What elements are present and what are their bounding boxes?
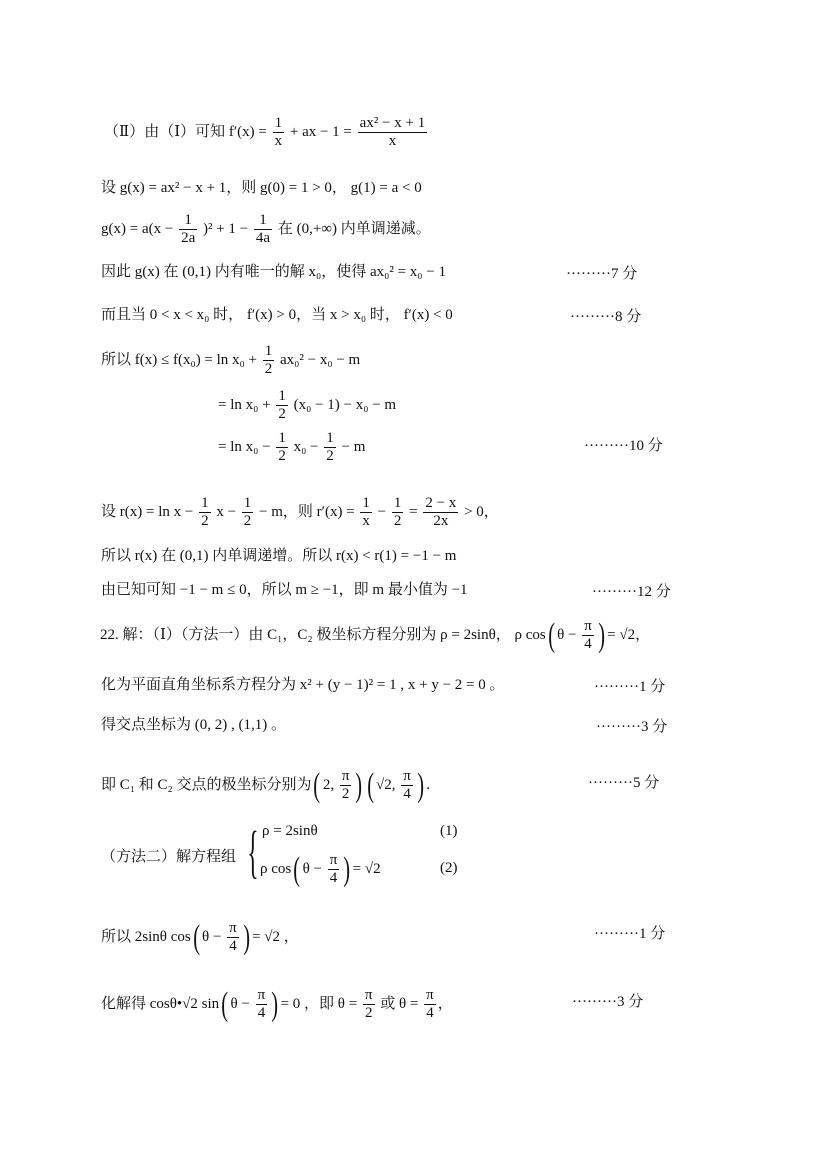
unique-root-line: 因此 g(x) 在 (0,1) 内有唯一的解 x₀，使得 ax₀² = x₀ −… <box>101 262 446 282</box>
paren: ) <box>243 923 250 953</box>
paren: ( <box>548 621 555 651</box>
num: 1 <box>324 430 336 448</box>
text: g(x) = a(x − <box>101 221 177 237</box>
text: 所以 2sinθ cos <box>101 929 191 945</box>
simplify-line: 化解得 cosθ•√2 sin(θ − π4)= 0 ，即 θ = π2 或 θ… <box>101 987 453 1022</box>
system-eq1: ρ = 2sinθ <box>262 823 318 840</box>
system-eq1-tag: (1) <box>440 823 458 840</box>
num: 1 <box>254 212 272 230</box>
fraction-pi-over-4: π4 <box>256 987 268 1022</box>
text: = ln x₀ − <box>218 439 274 455</box>
text: )² + 1 − <box>203 221 252 237</box>
fraction-pi-over-4: π4 <box>424 987 436 1022</box>
den: 2 <box>263 361 275 378</box>
paren: ) <box>417 771 424 801</box>
paren: ( <box>193 923 200 953</box>
paren: ) <box>344 855 351 885</box>
text: θ − <box>202 929 225 945</box>
score-10: ·········10 分 <box>584 434 663 455</box>
num: 1 <box>179 212 197 230</box>
g-definition-line: 设 g(x) = ax² − x + 1，则 g(0) = 1 > 0， g(1… <box>101 178 422 198</box>
num: 1 <box>276 430 288 448</box>
paren: ( <box>294 855 301 885</box>
den: 4 <box>401 786 413 803</box>
den: 4a <box>254 230 272 247</box>
derivative-line: （Ⅱ）由（Ⅰ）可知 f′(x) = 1x + ax − 1 = ax² − x … <box>104 115 429 150</box>
text: − m，则 r′(x) = <box>259 504 358 520</box>
fraction-half: 12 <box>263 343 275 378</box>
fraction-half: 12 <box>276 430 288 465</box>
paren: ) <box>598 621 605 651</box>
text: 所以 f(x) ≤ f(x₀) = ln x₀ + <box>101 352 261 368</box>
deriv-lhs: f′(x) = <box>229 124 271 140</box>
score-3a: ·········3 分 <box>596 715 667 736</box>
text: ρ cos <box>260 861 291 877</box>
text: √2, <box>376 777 399 793</box>
intersections-line: 得交点坐标为 (0, 2) , (1,1) 。 <box>101 715 286 735</box>
num: 1 <box>392 495 404 513</box>
text: = √2 <box>353 861 381 877</box>
text: x₀ − <box>294 439 323 455</box>
den: 4 <box>582 636 594 653</box>
den: 2 <box>276 448 288 465</box>
paren: ) <box>272 990 279 1020</box>
den: 4 <box>328 870 340 887</box>
so-line: 所以 2sinθ cos(θ − π4)= √2 ， <box>101 920 299 955</box>
num: π <box>424 987 436 1005</box>
fmax-line-3: = ln x₀ − 12 x₀ − 12 − m <box>218 430 365 465</box>
method2-label: （方法二）解方程组 <box>101 847 236 867</box>
text: (x₀ − 1) − x₀ − m <box>294 397 397 413</box>
fraction-pi-over-4: π4 <box>582 618 594 653</box>
den: 2 <box>199 513 211 530</box>
den: 2x <box>423 513 458 530</box>
den: 2 <box>276 406 288 423</box>
fraction-pi-over-2: π2 <box>340 768 352 803</box>
system-eq2: ρ cos(θ − π4)= √2 <box>260 852 381 887</box>
text: 22. 解：（Ⅰ）（方法一）由 C₁，C₂ 极坐标方程分别为 ρ = 2sinθ… <box>100 627 546 643</box>
r-definition-line: 设 r(x) = ln x − 12 x − 12 − m，则 r′(x) = … <box>101 495 499 530</box>
num: π <box>227 920 239 938</box>
system-brace: { <box>247 822 258 882</box>
sign-line: 而且当 0 < x < x₀ 时， f′(x) > 0，当 x > x₀ 时， … <box>101 305 453 325</box>
den: 4 <box>256 1005 268 1022</box>
fraction-pi-over-4: π4 <box>328 852 340 887</box>
r-increasing-line: 所以 r(x) 在 (0,1) 内单调递增。所以 r(x) < r(1) = −… <box>101 546 456 566</box>
conclusion-line: 由已知可知 −1 − m ≤ 0，所以 m ≥ −1，即 m 最小值为 −1 <box>101 580 468 600</box>
text: θ − <box>557 627 580 643</box>
text: ， <box>438 996 453 1012</box>
score-5: ·········5 分 <box>588 771 659 792</box>
score-3b: ·········3 分 <box>572 990 643 1011</box>
den: 2a <box>179 230 197 247</box>
text: = √2 <box>607 627 635 643</box>
score-7: ·········7 分 <box>566 262 637 283</box>
fraction-1-over-2a: 12a <box>179 212 197 247</box>
fraction-pi-over-4: π4 <box>227 920 239 955</box>
text: > 0， <box>464 504 499 520</box>
text: − m <box>342 439 366 455</box>
fraction-1-over-x: 1x <box>273 115 285 150</box>
num: π <box>340 768 352 786</box>
cartesian-line: 化为平面直角坐标系方程分为 x² + (y − 1)² = 1 , x + y … <box>101 675 505 695</box>
num: 1 <box>242 495 254 513</box>
num: π <box>401 768 413 786</box>
text: = 0 ，即 θ = <box>281 996 361 1012</box>
num: 1 <box>199 495 211 513</box>
fraction-derivative: ax² − x + 1x <box>358 115 428 150</box>
num: 1 <box>273 115 285 133</box>
den: 4 <box>227 938 239 955</box>
text: ， <box>635 627 650 643</box>
paren: ( <box>221 990 228 1020</box>
den: x <box>360 513 372 530</box>
text: 设 r(x) = ln x − <box>101 504 197 520</box>
paren: ( <box>314 771 321 801</box>
score-8: ·········8 分 <box>570 305 641 326</box>
g-vertex-line: g(x) = a(x − 12a )² + 1 − 14a 在 (0,+∞) 内… <box>101 212 431 247</box>
text: 2, <box>323 777 338 793</box>
num: π <box>256 987 268 1005</box>
system-eq2-tag: (2) <box>440 860 458 877</box>
num: 2 − x <box>423 495 458 513</box>
num: 1 <box>263 343 275 361</box>
den: 2 <box>242 513 254 530</box>
fraction-half: 12 <box>392 495 404 530</box>
fraction-half: 12 <box>199 495 211 530</box>
den: x <box>273 133 285 150</box>
text: = ln x₀ + <box>218 397 274 413</box>
score-1a: ·········1 分 <box>594 675 665 696</box>
text: 即 C₁ 和 C₂ 交点的极坐标分别为 <box>101 777 311 793</box>
score-12: ·········12 分 <box>592 580 671 601</box>
num: π <box>328 852 340 870</box>
fraction-pi-over-2: π2 <box>363 987 375 1022</box>
den: x <box>358 133 428 150</box>
num: ax² − x + 1 <box>358 115 428 133</box>
fraction-2-minus-x: 2 − x2x <box>423 495 458 530</box>
fraction-1-over-4a: 14a <box>254 212 272 247</box>
polar-coords-line: 即 C₁ 和 C₂ 交点的极坐标分别为(2, π2)(√2, π4). <box>101 768 430 803</box>
deriv-mid: + ax − 1 = <box>290 124 352 140</box>
den: 2 <box>392 513 404 530</box>
text: − <box>378 504 390 520</box>
fmax-line-2: = ln x₀ + 12 (x₀ − 1) − x₀ − m <box>218 388 396 423</box>
text: θ − <box>231 996 254 1012</box>
fraction-half: 12 <box>242 495 254 530</box>
text: ax₀² − x₀ − m <box>280 352 360 368</box>
den: 2 <box>324 448 336 465</box>
num: 1 <box>276 388 288 406</box>
intro-label: （Ⅱ）由（Ⅰ）可知 <box>104 124 225 140</box>
den: 4 <box>424 1005 436 1022</box>
fmax-line-1: 所以 f(x) ≤ f(x₀) = ln x₀ + 12 ax₀² − x₀ −… <box>101 343 360 378</box>
num: π <box>363 987 375 1005</box>
paren: ( <box>367 771 374 801</box>
text: = √2 ， <box>252 929 299 945</box>
num: 1 <box>360 495 372 513</box>
text: . <box>426 777 430 793</box>
q22-intro-line: 22. 解：（Ⅰ）（方法一）由 C₁，C₂ 极坐标方程分别为 ρ = 2sinθ… <box>100 618 650 653</box>
fraction-half: 12 <box>276 388 288 423</box>
den: 2 <box>340 786 352 803</box>
text: 在 (0,+∞) 内单调递减。 <box>278 221 431 237</box>
den: 2 <box>363 1005 375 1022</box>
paren: ) <box>356 771 363 801</box>
fraction-1-over-x: 1x <box>360 495 372 530</box>
num: π <box>582 618 594 636</box>
fraction-pi-over-4: π4 <box>401 768 413 803</box>
text: 或 θ = <box>377 996 423 1012</box>
fraction-half: 12 <box>324 430 336 465</box>
text: θ − <box>303 861 326 877</box>
score-1b: ·········1 分 <box>594 922 665 943</box>
text: x − <box>216 504 239 520</box>
text: = <box>409 504 421 520</box>
text: 化解得 cosθ•√2 sin <box>101 996 219 1012</box>
